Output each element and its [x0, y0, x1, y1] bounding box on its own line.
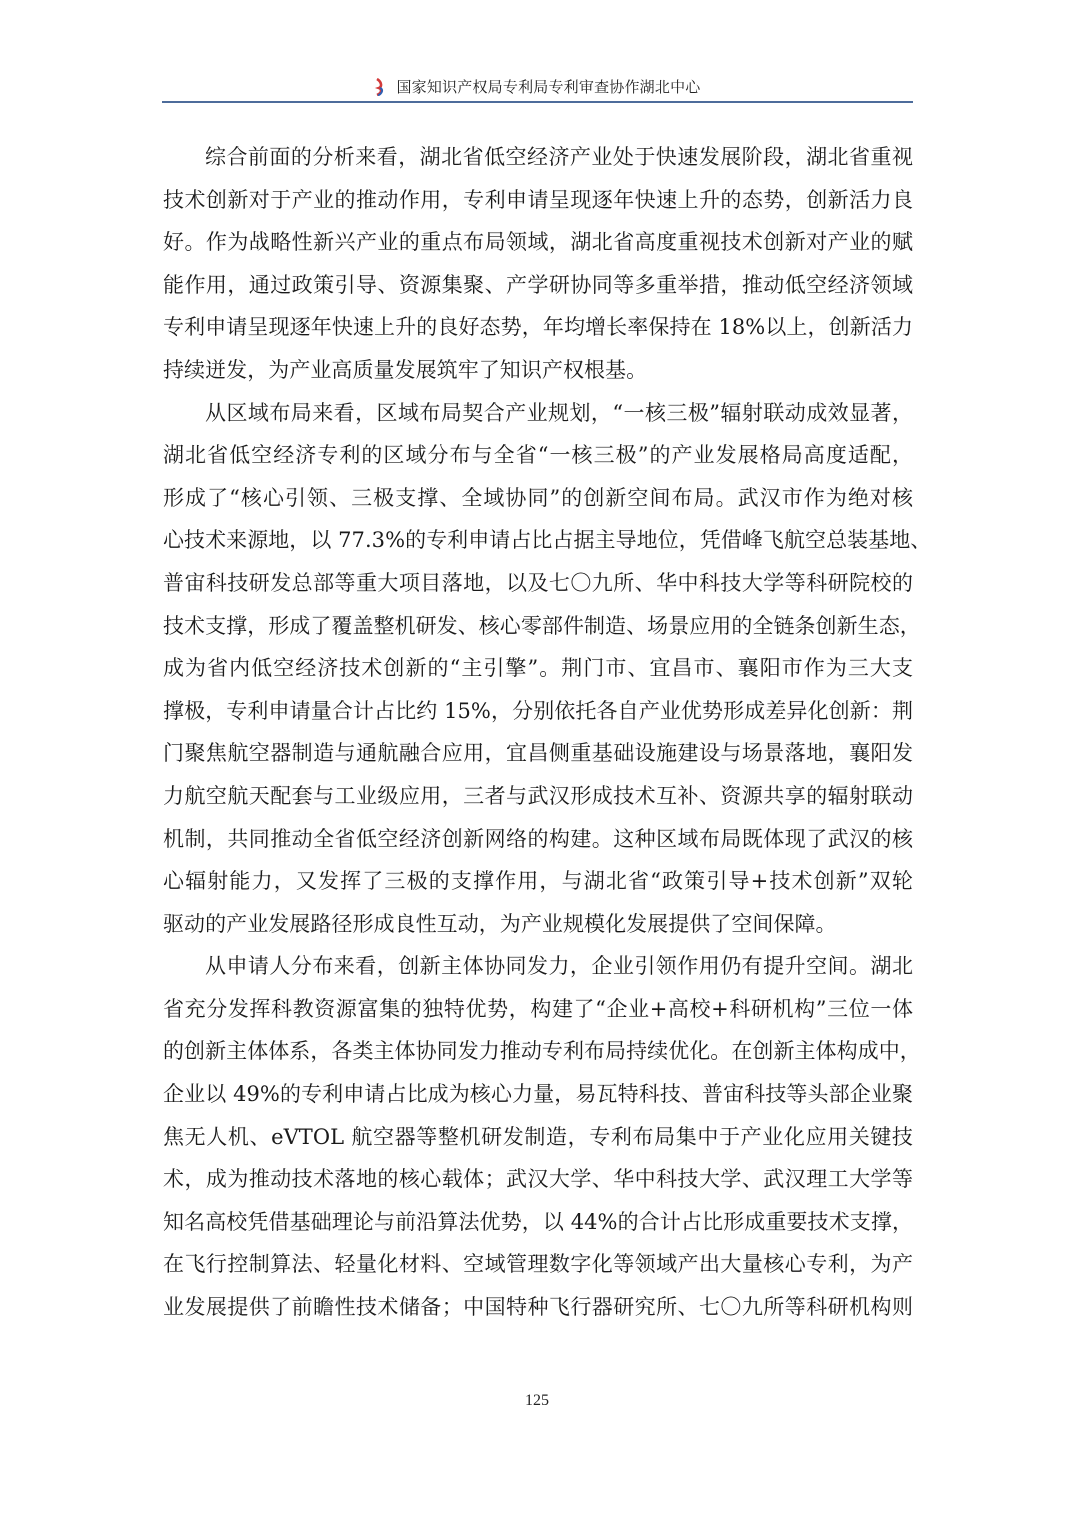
- page-number: 125: [0, 1392, 1074, 1410]
- document-body: 综合前面的分析来看，湖北省低空经济产业处于快速发展阶段，湖北省重视 技术创新对于…: [163, 136, 913, 1329]
- text-line: 驱动的产业发展路径形成良性互动，为产业规模化发展提供了空间保障。: [163, 903, 913, 946]
- cniopa-logo-icon: [374, 78, 386, 96]
- text-line: 心辐射能力，又发挥了三极的支撑作用，与湖北省“政策引导+技术创新”双轮: [163, 860, 913, 903]
- text-line: 能作用，通过政策引导、资源集聚、产学研协同等多重举措，推动低空经济领域: [163, 264, 913, 307]
- text-line: 门聚焦航空器制造与通航融合应用，宜昌侧重基础设施建设与场景落地，襄阳发: [163, 732, 913, 775]
- text-line: 成为省内低空经济技术创新的“主引擎”。荆门市、宜昌市、襄阳市作为三大支: [163, 647, 913, 690]
- text-line: 企业以 49%的专利申请占比成为核心力量，易瓦特科技、普宙科技等头部企业聚: [163, 1073, 913, 1116]
- text-line: 力航空航天配套与工业级应用，三者与武汉形成技术互补、资源共享的辐射联动: [163, 775, 913, 818]
- page-header: 国家知识产权局专利局专利审查协作湖北中心: [162, 72, 913, 103]
- text-line: 普宙科技研发总部等重大项目落地，以及七〇九所、华中科技大学等科研院校的: [163, 562, 913, 605]
- text-line: 撑极，专利申请量合计占比约 15%，分别依托各自产业优势形成差异化创新：荆: [163, 690, 913, 733]
- header-title-row: 国家知识产权局专利局专利审查协作湖北中心: [162, 76, 913, 97]
- paragraph-1: 综合前面的分析来看，湖北省低空经济产业处于快速发展阶段，湖北省重视 技术创新对于…: [163, 136, 913, 392]
- text-line: 持续迸发，为产业高质量发展筑牢了知识产权根基。: [163, 349, 913, 392]
- text-line: 形成了“核心引领、三极支撑、全域协同”的创新空间布局。武汉市作为绝对核: [163, 477, 913, 520]
- text-line: 好。作为战略性新兴产业的重点布局领域，湖北省高度重视技术创新对产业的赋: [163, 221, 913, 264]
- text-line: 技术创新对于产业的推动作用，专利申请呈现逐年快速上升的态势，创新活力良: [163, 179, 913, 222]
- text-line: 机制，共同推动全省低空经济创新网络的构建。这种区域布局既体现了武汉的核: [163, 818, 913, 861]
- text-line: 的创新主体体系，各类主体协同发力推动专利布局持续优化。在创新主体构成中，: [163, 1030, 913, 1073]
- paragraph-2: 从区域布局来看，区域布局契合产业规划，“一核三极”辐射联动成效显著， 湖北省低空…: [163, 392, 913, 946]
- header-title: 国家知识产权局专利局专利审查协作湖北中心: [396, 78, 700, 96]
- text-line: 在飞行控制算法、轻量化材料、空域管理数字化等领域产出大量核心专利，为产: [163, 1243, 913, 1286]
- text-line: 从申请人分布来看，创新主体协同发力，企业引领作用仍有提升空间。湖北: [163, 945, 913, 988]
- text-line: 业发展提供了前瞻性技术储备；中国特种飞行器研究所、七〇九所等科研机构则: [163, 1286, 913, 1329]
- text-line: 知名高校凭借基础理论与前沿算法优势，以 44%的合计占比形成重要技术支撑，: [163, 1201, 913, 1244]
- text-line: 从区域布局来看，区域布局契合产业规划，“一核三极”辐射联动成效显著，: [163, 392, 913, 435]
- text-line: 术，成为推动技术落地的核心载体；武汉大学、华中科技大学、武汉理工大学等: [163, 1158, 913, 1201]
- text-line: 省充分发挥科教资源富集的独特优势，构建了“企业+高校+科研机构”三位一体: [163, 988, 913, 1031]
- paragraph-3: 从申请人分布来看，创新主体协同发力，企业引领作用仍有提升空间。湖北 省充分发挥科…: [163, 945, 913, 1328]
- text-line: 专利申请呈现逐年快速上升的良好态势，年均增长率保持在 18%以上，创新活力: [163, 306, 913, 349]
- text-line: 焦无人机、eVTOL 航空器等整机研发制造，专利布局集中于产业化应用关键技: [163, 1116, 913, 1159]
- text-line: 技术支撑，形成了覆盖整机研发、核心零部件制造、场景应用的全链条创新生态，: [163, 605, 913, 648]
- text-line: 心技术来源地，以 77.3%的专利申请占比占据主导地位，凭借峰飞航空总装基地、: [163, 519, 913, 562]
- text-line: 综合前面的分析来看，湖北省低空经济产业处于快速发展阶段，湖北省重视: [163, 136, 913, 179]
- text-line: 湖北省低空经济专利的区域分布与全省“一核三极”的产业发展格局高度适配，: [163, 434, 913, 477]
